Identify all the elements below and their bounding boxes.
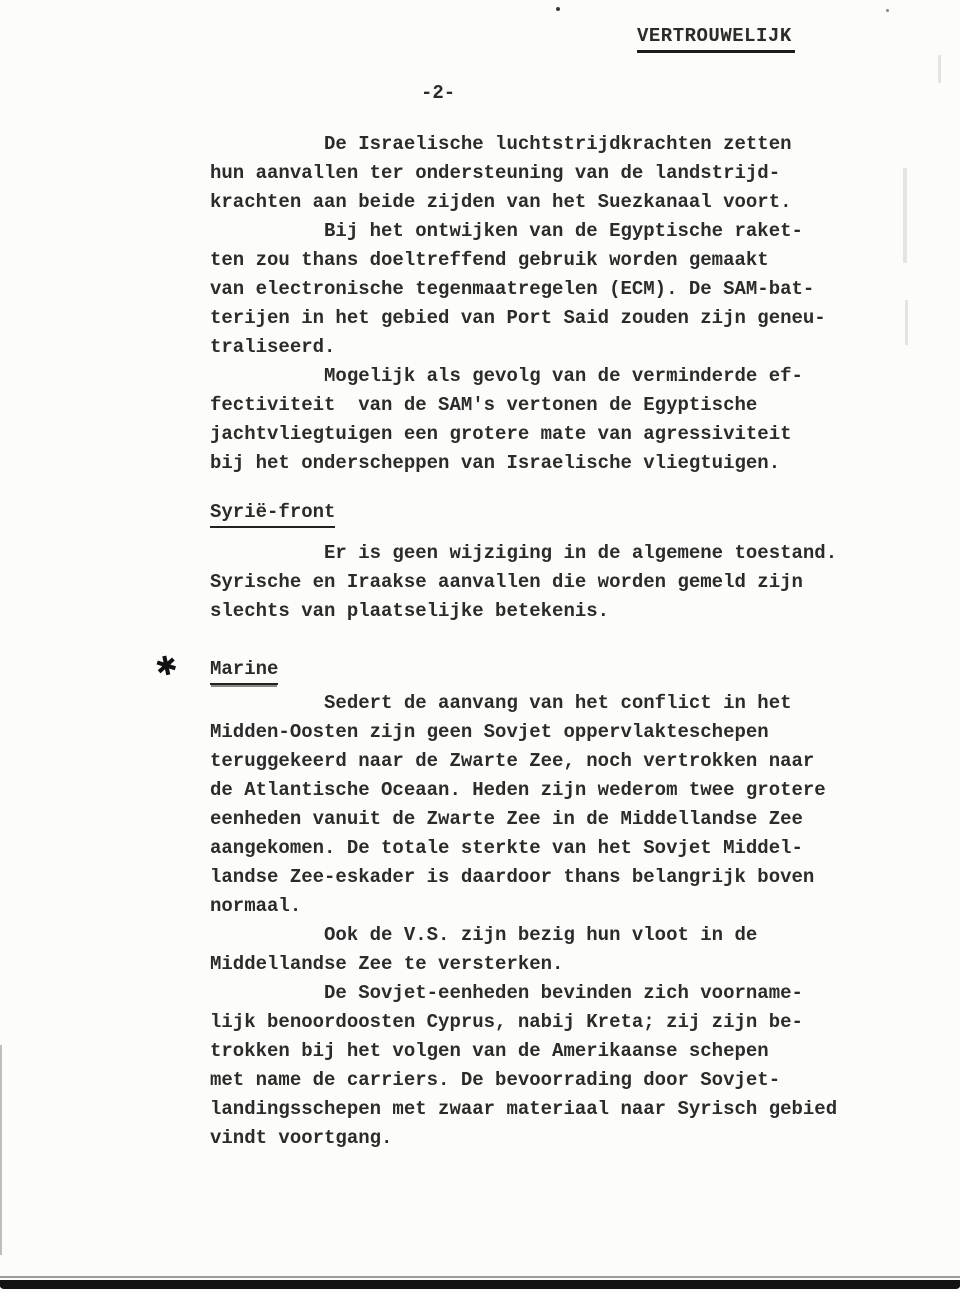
- text-line: traliseerd.: [210, 333, 890, 362]
- text-line: fectiviteit van de SAM's vertonen de Egy…: [210, 391, 890, 420]
- text-line: trokken bij het volgen van de Amerikaans…: [210, 1037, 890, 1066]
- page-number: -2-: [421, 82, 455, 104]
- text-line: hun aanvallen ter ondersteuning van de l…: [210, 159, 890, 188]
- scan-smudge: [905, 300, 908, 345]
- scan-smudge: [903, 168, 907, 263]
- text-line: Mogelijk als gevolg van de verminderde e…: [210, 362, 890, 391]
- text-line: Ook de V.S. zijn bezig hun vloot in de: [210, 921, 890, 950]
- scan-smudge: [938, 55, 941, 83]
- scan-speck: [556, 7, 560, 11]
- page-left-edge-artifact: [0, 1045, 2, 1255]
- text-line: De Sovjet-eenheden bevinden zich voornam…: [210, 979, 890, 1008]
- text-line: normaal.: [210, 892, 890, 921]
- text-line: aangekomen. De totale sterkte van het So…: [210, 834, 890, 863]
- text-line: van electronische tegenmaatregelen (ECM)…: [210, 275, 890, 304]
- text-line: krachten aan beide zijden van het Suezka…: [210, 188, 890, 217]
- text-line: slechts van plaatselijke betekenis.: [210, 597, 890, 626]
- classification-stamp: VERTROUWELIJK: [637, 25, 795, 53]
- handwritten-asterisk-annotation: ✱: [152, 642, 181, 687]
- text-line: vindt voortgang.: [210, 1124, 890, 1153]
- text-line: jachtvliegtuigen een grotere mate van ag…: [210, 420, 890, 449]
- section-heading-syrie-front: Syrië-front: [210, 500, 335, 528]
- paragraph-block: Sedert de aanvang van het conflict in he…: [210, 689, 890, 1153]
- text-line: Middellandse Zee te versterken.: [210, 950, 890, 979]
- text-line: ten zou thans doeltreffend gebruik worde…: [210, 246, 890, 275]
- text-line: teruggekeerd naar de Zwarte Zee, noch ve…: [210, 747, 890, 776]
- text-line: Sedert de aanvang van het conflict in he…: [210, 689, 890, 718]
- text-line: De Israelische luchtstrijdkrachten zette…: [210, 130, 890, 159]
- text-line: terijen in het gebied van Port Said zoud…: [210, 304, 890, 333]
- page-bottom-edge: [0, 1280, 960, 1289]
- text-line: landingsschepen met zwaar materiaal naar…: [210, 1095, 890, 1124]
- text-line: Syrische en Iraakse aanvallen die worden…: [210, 568, 890, 597]
- text-line: Er is geen wijziging in de algemene toes…: [210, 539, 890, 568]
- page-bottom-edge-thin: [0, 1276, 960, 1278]
- text-line: Midden-Oosten zijn geen Sovjet oppervlak…: [210, 718, 890, 747]
- text-line: Bij het ontwijken van de Egyptische rake…: [210, 217, 890, 246]
- paragraph-block: De Israelische luchtstrijdkrachten zette…: [210, 130, 890, 478]
- text-line: lijk benoordoosten Cyprus, nabij Kreta; …: [210, 1008, 890, 1037]
- text-line: de Atlantische Oceaan. Heden zijn wedero…: [210, 776, 890, 805]
- text-line: eenheden vanuit de Zwarte Zee in de Midd…: [210, 805, 890, 834]
- document-body: De Israelische luchtstrijdkrachten zette…: [210, 130, 890, 1153]
- text-line: met name de carriers. De bevoorrading do…: [210, 1066, 890, 1095]
- paragraph-block: Er is geen wijziging in de algemene toes…: [210, 539, 890, 626]
- document-page: VERTROUWELIJK -2- ✱ De Israelische lucht…: [0, 0, 960, 1293]
- scan-speck: [886, 9, 889, 12]
- text-line: landse Zee-eskader is daardoor thans bel…: [210, 863, 890, 892]
- section-heading-marine: Marine: [210, 657, 278, 685]
- text-line: bij het onderscheppen van Israelische vl…: [210, 449, 890, 478]
